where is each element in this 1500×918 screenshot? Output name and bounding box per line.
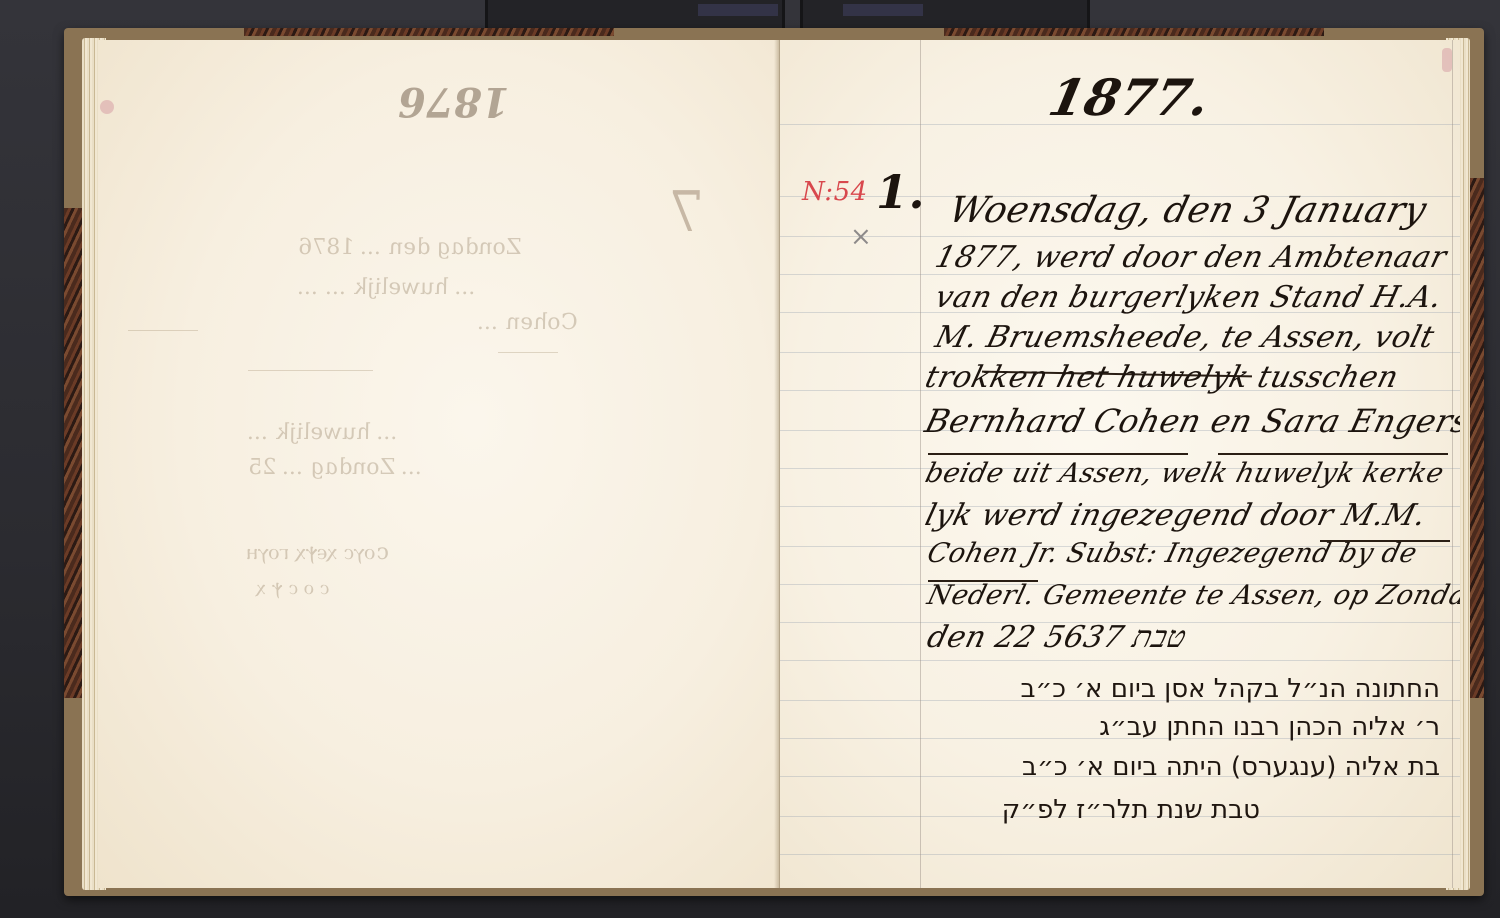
entry-number: 1. (876, 165, 925, 219)
pencil-mark: × (850, 222, 872, 252)
bleedthrough-hebrew: ⅽⲟⲩⲥ ⲭⲉⲯⲭ ⲅⲟⲩⲏ (245, 540, 391, 565)
bleedthrough-underline (248, 370, 373, 371)
cover-marble-top-left (244, 28, 614, 36)
right-page: 1877. N:54 × 1. Woensdag, den 3 January … (780, 40, 1460, 888)
bleedthrough-line: Zondag den ... 1876 (295, 235, 524, 260)
bleedthrough-line: ... huwelijk ... (245, 420, 401, 445)
entry-line: Cohen Jr. Subst: Ingezegend by de (924, 538, 1420, 569)
entry-line: Nederl. Gemeente te Assen, op Zondag (924, 580, 1460, 611)
bride-underline (1218, 453, 1448, 455)
entry-line: M. Bruemsheede, te Assen, volt (932, 320, 1438, 355)
entry-line: beide uit Assen, welk huwelyk kerke (922, 458, 1447, 489)
bleedthrough-underline (498, 352, 558, 353)
bleedthrough-line: ... Zondag ... 25 (245, 455, 425, 480)
hebrew-line: ר׳ אליה הכהן רבנו החתן עב״ג (1099, 712, 1440, 742)
cover-marble-left (64, 208, 82, 698)
entry-line: 1877, werd door den Ambtenaar (932, 240, 1451, 275)
hebrew-line: טבת שנת תלר״ז לפ״ק (1002, 795, 1260, 825)
cover-marble-top-right (944, 28, 1324, 36)
bleedthrough-underline (128, 330, 198, 331)
register-number: N:54 (802, 177, 868, 207)
entry-line: van den burgerlyken Stand H.A. (932, 280, 1446, 315)
bleedthrough-year: 1876 (398, 78, 509, 125)
bleedthrough-line: Cohen ... (475, 310, 580, 335)
hebrew-line: החתונה הנ״ל בקהל אסן ביום א׳ כ״ב (1020, 674, 1440, 704)
bleedthrough-hebrew: ⲥ ⲟ ⲥ ⲯ ⲭ (255, 575, 333, 599)
entry-line: den 22 טבת 5637 (924, 620, 1191, 655)
ink-stain (1442, 48, 1452, 72)
officiant-overline (1320, 540, 1450, 542)
bleedthrough-line: ... huwelijk ... ... (295, 275, 479, 300)
year-heading: 1877. (1044, 68, 1216, 127)
entry-line: lyk werd ingezegend door M.M. (922, 498, 1430, 533)
groom-underline (928, 453, 1188, 455)
ink-stain (100, 100, 114, 114)
margin-line-right (1452, 40, 1453, 888)
bleedthrough-entry-number: 7 (661, 180, 710, 245)
hebrew-line: בת אליה (ענגערס) היתה ביום א׳ כ״ב (1022, 752, 1440, 782)
entry-line: Woensdag, den 3 January (945, 190, 1431, 231)
entry-line: Bernhard Cohen en Sara Engers (921, 402, 1460, 440)
entry-line: trokken het huwelyk tusschen (922, 360, 1403, 395)
left-page: 1876 7 Zondag den ... 1876 ... huwelijk … (98, 40, 780, 888)
